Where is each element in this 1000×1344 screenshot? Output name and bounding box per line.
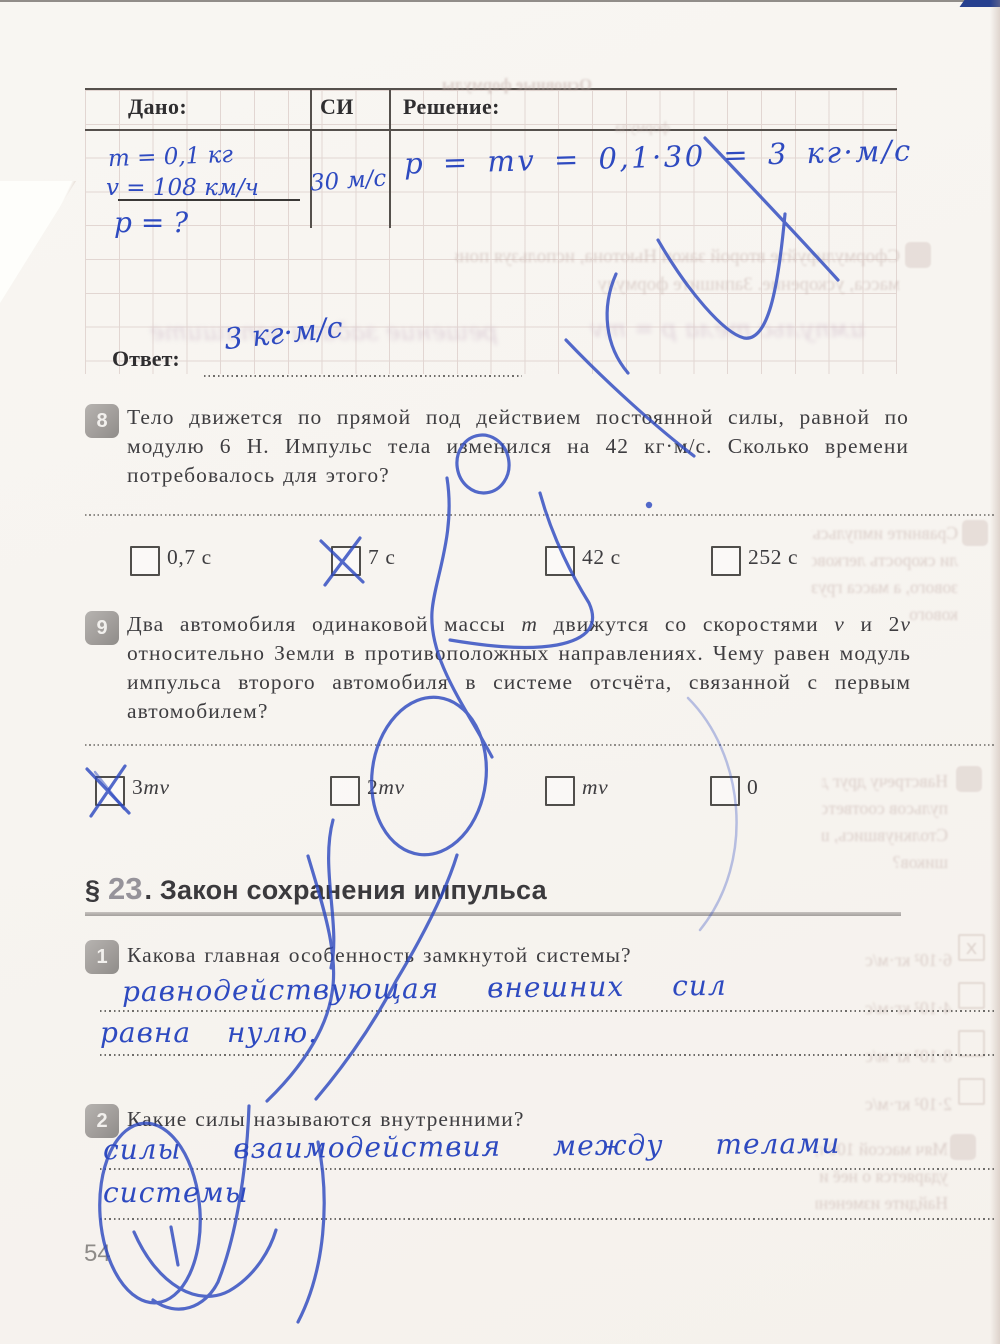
q2-answer-line-2[interactable] [100,1218,996,1220]
question-1-text: Какова главная особенность замкнутой сис… [127,941,911,970]
page-number: 54 [84,1240,111,1268]
q9-option-2-label: 2mv [367,775,405,800]
answer-line[interactable] [204,375,522,377]
page-edge-shadow [990,0,1000,1344]
q8-option-2-label: 7 с [368,545,395,570]
section-heading: § 23 . Закон сохранения импульса [85,871,547,907]
page-corner-fold [0,181,76,303]
q2-answer-line-1[interactable] [100,1168,996,1170]
bleedthrough-checkbox [958,1078,985,1105]
q1-answer-line-2[interactable] [100,1054,996,1056]
bleedthrough-badge [962,520,988,546]
bleedthrough-badge [905,242,931,268]
scan-edge-top [0,0,1000,2]
handwritten-q2-line1: силы взаимодействия между телами [103,1127,841,1166]
q8-option-2-checkbox[interactable] [331,546,361,576]
question-9-text: Два автомобиля одинаковой массы m движут… [127,610,911,726]
bleedthrough-checkbox [958,982,985,1009]
table-header-si: СИ [320,94,354,120]
bleedthrough-badge [950,1134,976,1160]
table-divider [310,90,312,228]
q1-answer-line-1[interactable] [100,1010,996,1012]
q8-option-1-checkbox[interactable] [130,546,160,576]
question-9-badge: 9 [85,611,119,645]
solution-table [85,88,897,374]
separator-line [85,514,996,516]
section-mark: § [85,875,100,906]
handwritten-given-speed: v = 108 км/ч [106,175,259,201]
q9-option-1-label: 3mv [132,775,170,800]
q9-option-2-checkbox[interactable] [330,776,360,806]
bleedthrough-checkbox [958,1030,985,1057]
question-1-badge: 1 [85,940,119,974]
handwritten-given-mass: m = 0,1 кг [108,142,234,172]
q9-option-4-checkbox[interactable] [710,776,740,806]
table-header-given: Дано: [128,94,187,120]
section-number: 23 [108,871,142,907]
question-8-badge: 8 [85,404,119,438]
handwritten-si-value: 30 м/с [309,165,387,196]
handwritten-q1-line2: равна нулю. [100,1016,318,1049]
section-title: . Закон сохранения импульса [145,875,547,906]
q8-option-3-label: 42 с [582,545,621,570]
separator-line [85,744,996,746]
handwritten-q2-line2: системы [103,1176,249,1209]
q9-option-3-label: mv [582,775,608,800]
q9-option-1-checkbox[interactable] [95,776,125,806]
table-header-solution: Решение: [403,94,500,120]
q8-option-1-label: 0,7 с [167,545,212,570]
table-divider [389,90,391,228]
section-rule [85,912,901,916]
question-8-text: Тело движется по прямой под действием по… [127,403,909,490]
handwritten-q1-line1: равнодействующая внешних сил [122,969,727,1008]
q8-option-3-checkbox[interactable] [545,546,575,576]
q8-option-4-checkbox[interactable] [711,546,741,576]
answer-label: Ответ: [112,346,180,372]
q9-option-4-label: 0 [747,775,758,800]
bleedthrough-text: Навстречу друг другу движутпульсов соотв… [822,768,948,876]
q8-option-4-label: 252 с [748,545,798,570]
handwritten-find: p = ? [114,206,188,239]
q9-option-3-checkbox[interactable] [545,776,575,806]
workbook-page: Основные формулы формула Сформулируйте в… [0,0,1000,1344]
bleedthrough-badge [956,766,982,792]
bleedthrough-checkbox: х [958,934,985,961]
table-header-rule [85,129,897,131]
